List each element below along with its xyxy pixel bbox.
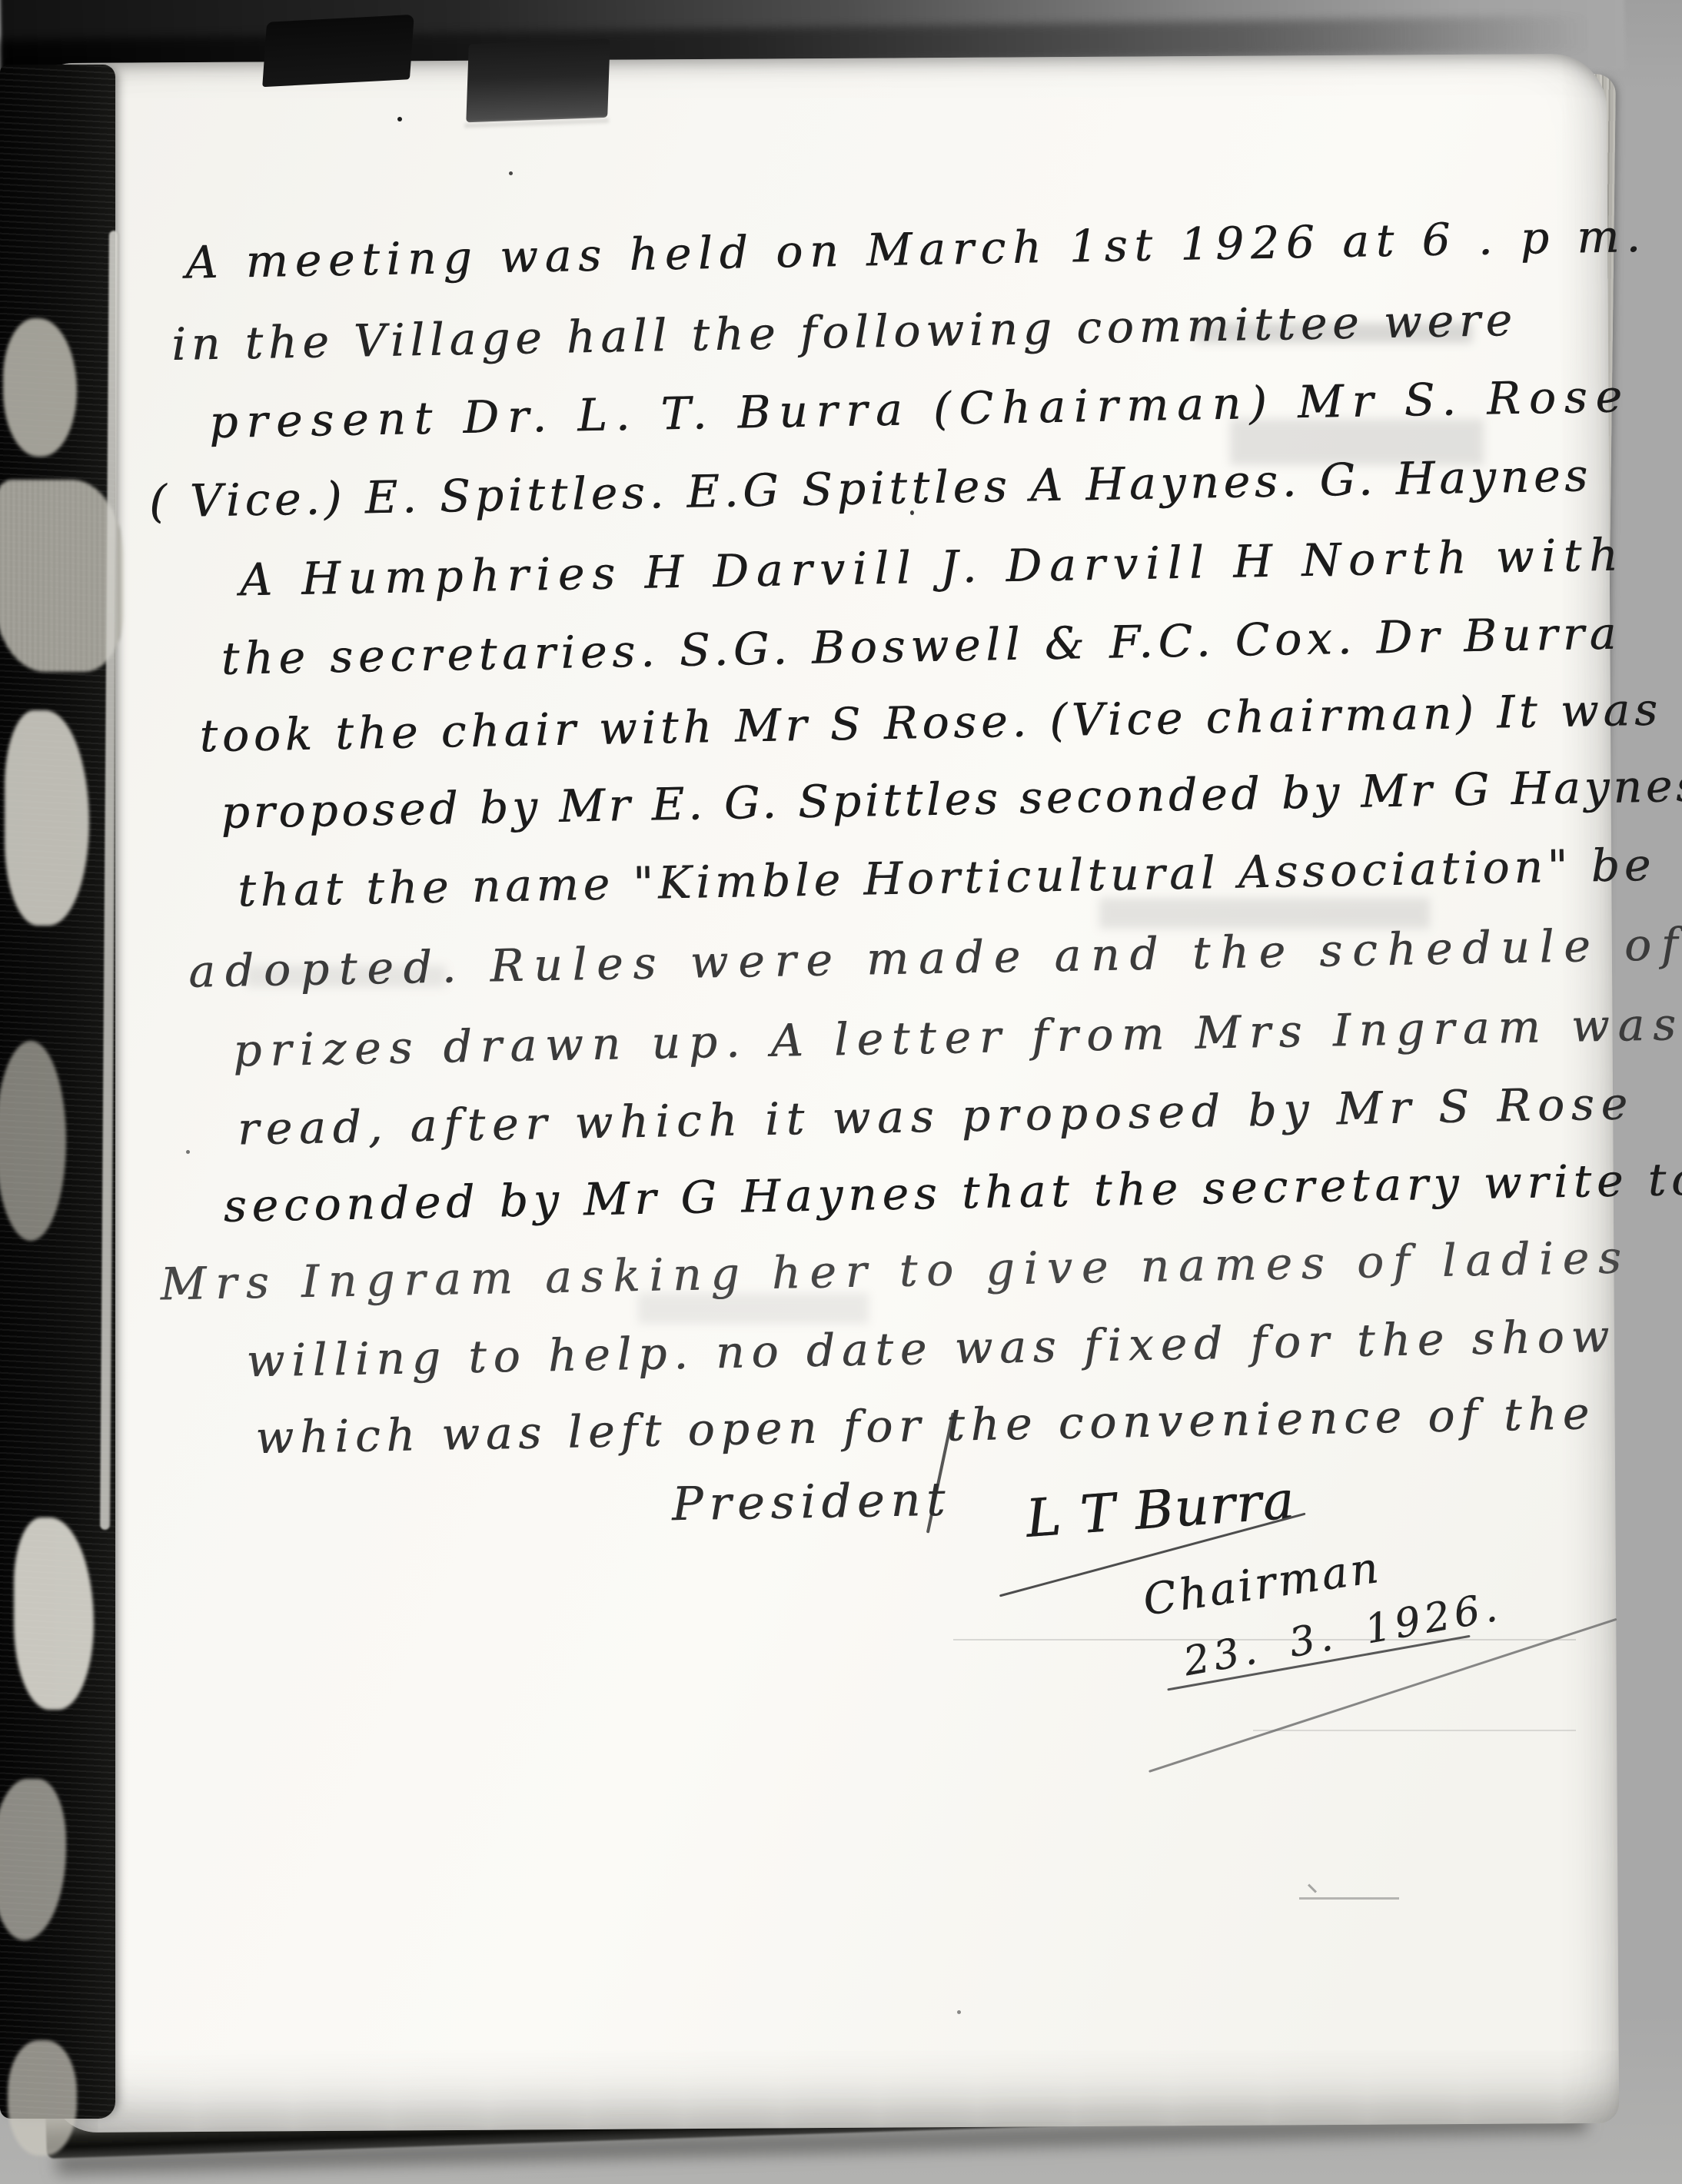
scanned-minute-book-photo: A meeting was held on March 1st 1926 at … — [0, 0, 1682, 2184]
handwritten-line: the secretaries. S.G. Boswell & F.C. Cox… — [221, 607, 1622, 684]
frayed-cloth-patch — [0, 480, 123, 672]
handwritten-line: proposed by Mr E. G. Spittles seconded b… — [221, 760, 1682, 839]
handwritten-line: took the chair with Mr S Rose. (Vice cha… — [199, 683, 1662, 763]
frayed-cloth-patch — [8, 2040, 77, 2156]
handwritten-line: A meeting was held on March 1st 1926 at … — [185, 210, 1648, 289]
handwritten-line: prizes drawn up. A letter from Mrs Ingra… — [232, 998, 1682, 1077]
handwritten-line: present Dr. L. T. Burra (Chairman) Mr S.… — [208, 370, 1630, 448]
frayed-cloth-patch — [3, 318, 77, 457]
handwritten-line: read, after which it was proposed by Mr … — [237, 1077, 1634, 1155]
bookmark-tab-left — [262, 15, 414, 87]
handwritten-line: which was left open for the convenience … — [255, 1387, 1596, 1464]
minutes-text-block: A meeting was held on March 1st 1926 at … — [0, 0, 1682, 2184]
handwritten-line: Mrs Ingram asking her to give names of l… — [160, 1231, 1630, 1310]
frayed-cloth-patch — [14, 1517, 94, 1710]
handwritten-line: willing to help. no date was fixed for t… — [246, 1310, 1617, 1388]
closing-word: President — [671, 1473, 951, 1532]
bookmark-tab-right — [466, 39, 610, 123]
frayed-cloth-patch — [5, 710, 89, 926]
chairman-signature: L T Burra — [1024, 1470, 1298, 1550]
handwritten-line: in the Village hall the following commit… — [171, 294, 1518, 371]
book-binding-spine — [0, 65, 115, 2119]
handwritten-line: ( Vice.) E. Spittles. E.G Spittles A Hay… — [148, 449, 1592, 527]
handwritten-line: A Humphries H Darvill J. Darvill H North… — [239, 528, 1626, 606]
frayed-cloth-patch — [0, 1779, 66, 1940]
handwritten-line: that the name "Kimble Horticultural Asso… — [238, 839, 1656, 917]
frayed-cloth-patch — [0, 1041, 66, 1241]
handwritten-line: seconded by Mr G Haynes that the secreta… — [223, 1153, 1682, 1232]
handwritten-line: adopted. Rules were made and the schedul… — [188, 918, 1682, 998]
